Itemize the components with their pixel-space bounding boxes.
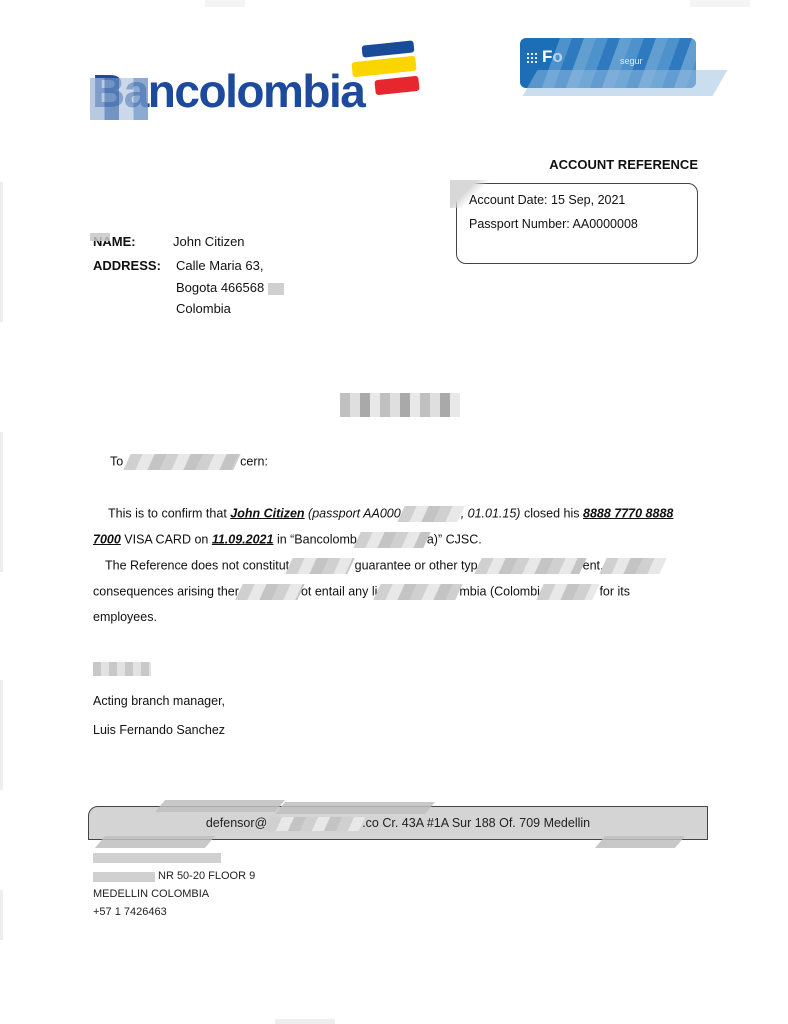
- paragraph-2-line-1: The Reference does not constitut guarant…: [105, 558, 663, 574]
- account-date-value: 15 Sep, 2021: [551, 193, 625, 207]
- closing-date: 11.09.2021: [212, 532, 274, 546]
- badge-subtitle: segur: [620, 56, 643, 66]
- footer-phone: +57 1 7426463: [93, 906, 167, 918]
- redacted-block: [397, 506, 464, 522]
- text: for its: [599, 584, 630, 598]
- redacted-block: [123, 454, 240, 470]
- card-number-end: 7000: [93, 532, 121, 546]
- footer-address-line-2: MEDELLIN COLOMBIA: [93, 888, 209, 900]
- document-title-redacted: [340, 393, 460, 417]
- address-label: ADDRESS:: [93, 258, 161, 273]
- text: (passport AA000: [305, 506, 401, 520]
- paragraph-1-line-1: This is to confirm that John Citizen (pa…: [108, 506, 673, 522]
- scan-artifact: [205, 0, 245, 7]
- redacted-block: [522, 70, 727, 96]
- passport-line: Passport Number: AA0000008: [469, 217, 638, 231]
- page-edge: [0, 680, 3, 790]
- paragraph-2-line-2: consequences arising therot entail any l…: [93, 584, 630, 600]
- page-edge: [0, 432, 3, 572]
- redacted-block: [95, 836, 215, 848]
- customer-name: John Citizen: [230, 506, 304, 520]
- recipient-name: John Citizen: [173, 234, 245, 249]
- text: The Reference does not constitut: [105, 558, 289, 572]
- text: guarantee or other typ: [355, 558, 478, 572]
- text: VISA CARD on: [121, 532, 212, 546]
- redacted-block: [374, 584, 463, 600]
- redacted-block: [285, 558, 354, 574]
- text: consequences arising ther: [93, 584, 239, 598]
- greeting-end: cern:: [240, 454, 268, 468]
- text: in “Bancolomb: [273, 532, 356, 546]
- redacted-block: [235, 584, 304, 600]
- greeting-start: To: [110, 454, 123, 468]
- signatory-name: Luis Fernando Sanchez: [93, 723, 225, 737]
- redacted-block: [90, 78, 148, 120]
- greeting: To cern:: [110, 454, 268, 470]
- text: mbia (Colombi: [459, 584, 540, 598]
- account-date-label: Account Date:: [469, 193, 548, 207]
- redacted-block: [93, 872, 155, 882]
- redacted-block: [268, 283, 284, 295]
- text: , 01.01.15): [461, 506, 521, 520]
- account-date-line: Account Date: 15 Sep, 2021: [469, 193, 625, 207]
- paragraph-2-line-3: employees.: [93, 610, 157, 624]
- redacted-block: [93, 662, 151, 676]
- footer-email-start: defensor@: [206, 816, 267, 830]
- footer-contact-line: defensor@.co Cr. 43A #1A Sur 188 Of. 709…: [88, 816, 708, 831]
- logo-flag-blue-stripe: [362, 40, 415, 57]
- page-edge: [0, 182, 3, 322]
- text: a)” CJSC.: [427, 532, 482, 546]
- redacted-block: [600, 558, 667, 574]
- redacted-block: [353, 532, 430, 548]
- footer-address-line-1: NR 50-20 FLOOR 9: [158, 870, 255, 882]
- footer-address: .co Cr. 43A #1A Sur 188 Of. 709 Medellin: [362, 816, 590, 830]
- logo-flag-yellow-stripe: [351, 56, 416, 78]
- redacted-block: [93, 853, 221, 863]
- address-line-1: Calle Maria 63,: [176, 258, 263, 273]
- scan-artifact: [690, 0, 750, 7]
- card-number: 8888 7770 8888: [583, 506, 673, 520]
- paragraph-1-line-2: 7000 VISA CARD on 11.09.2021 in “Bancolo…: [93, 532, 482, 548]
- passport-value: AA0000008: [573, 217, 638, 231]
- account-reference-title: ACCOUNT REFERENCE: [549, 157, 698, 172]
- redacted-block: [264, 817, 366, 831]
- logo-flag-red-stripe: [374, 76, 419, 96]
- redacted-block: [595, 836, 685, 848]
- redacted-block: [90, 233, 110, 241]
- redacted-block: [275, 802, 435, 814]
- text: closed his: [520, 506, 583, 520]
- address-line-2: Bogota 466568: [176, 280, 264, 295]
- page-edge: [0, 890, 3, 940]
- dot-grid-icon: [526, 52, 538, 64]
- text: This is to confirm that: [108, 506, 230, 520]
- signatory-title: Acting branch manager,: [93, 694, 225, 708]
- passport-label: Passport Number:: [469, 217, 570, 231]
- redacted-block: [155, 800, 285, 812]
- address-line-3: Colombia: [176, 301, 231, 316]
- text: ot entail any li: [301, 584, 377, 598]
- redacted-block: [474, 558, 586, 574]
- redacted-block: [536, 584, 599, 600]
- scan-artifact: [275, 1019, 335, 1024]
